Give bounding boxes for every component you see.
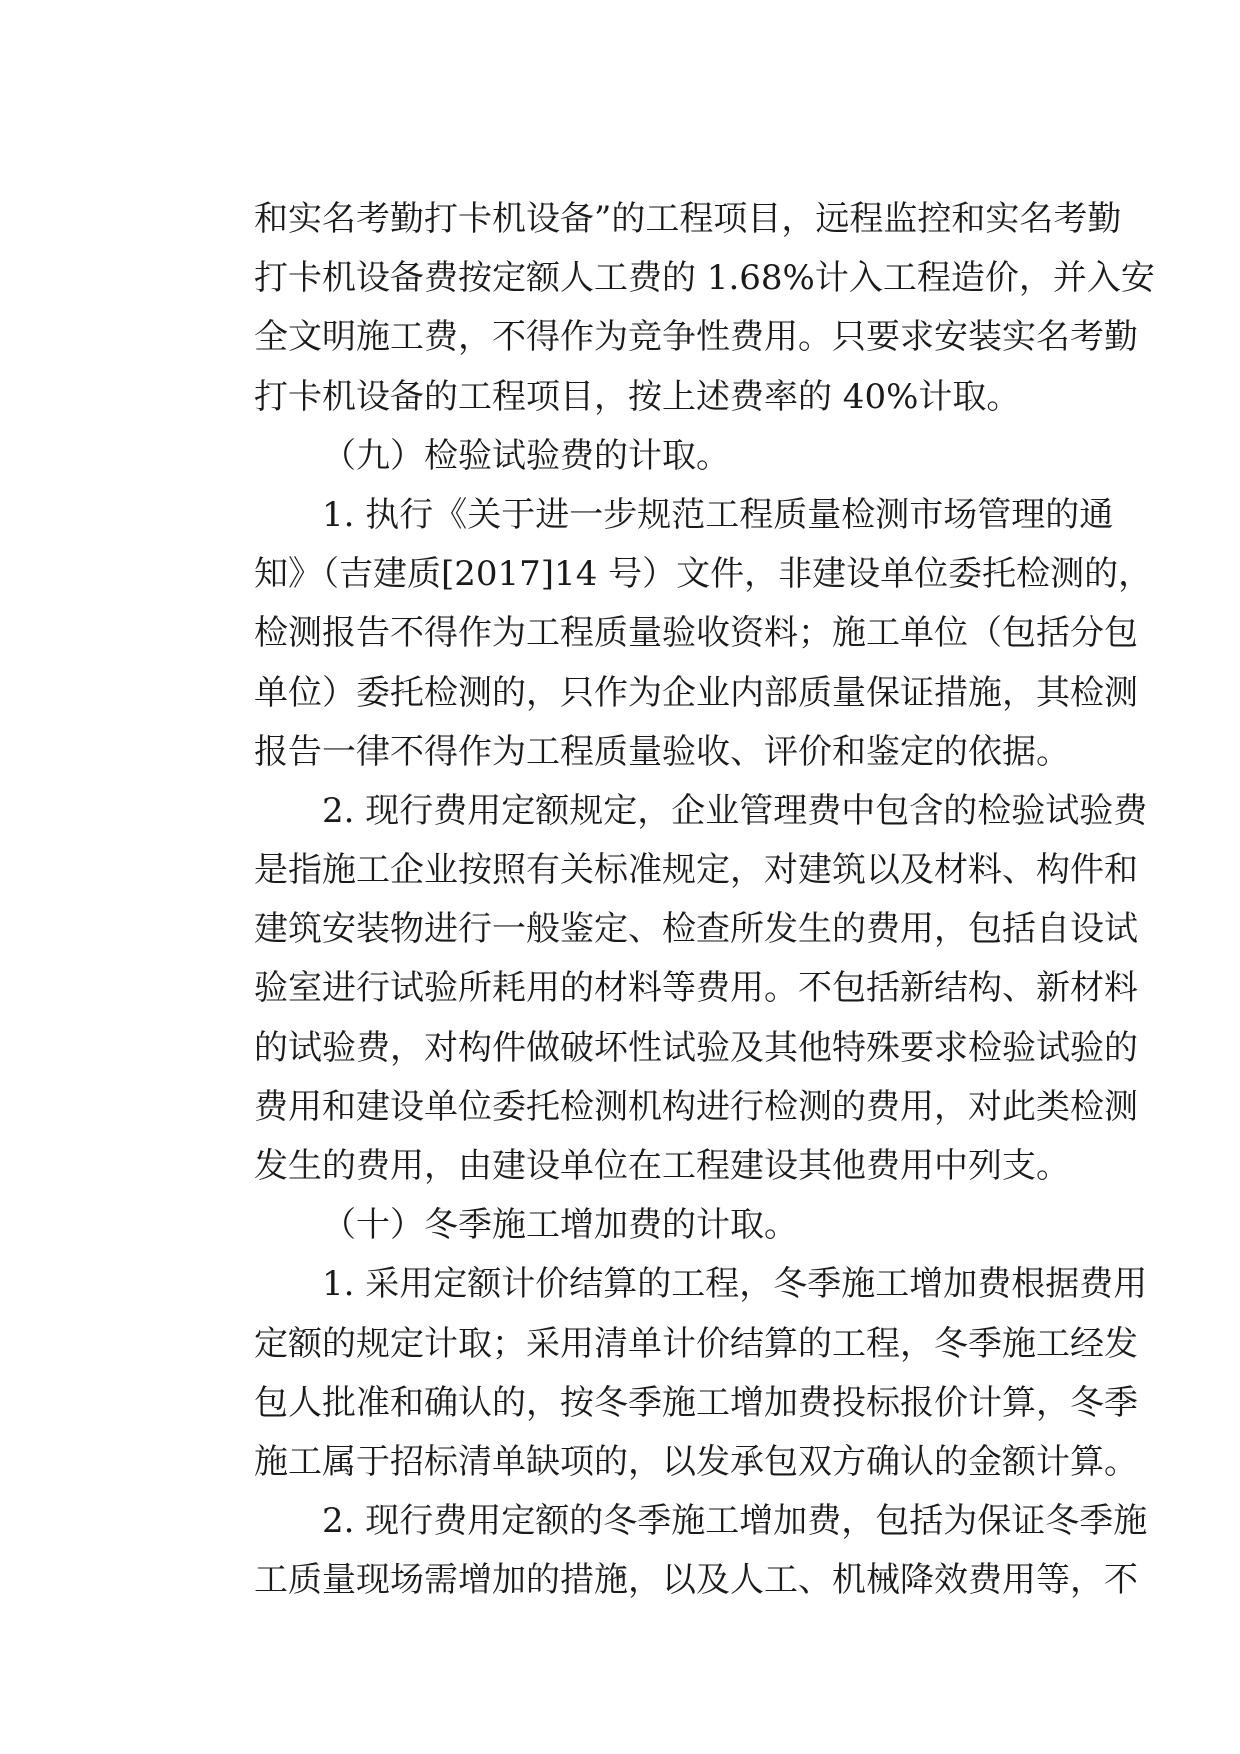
text-line: 2. 现行费用定额的冬季施工增加费，包括为保证冬季施 bbox=[254, 1492, 1066, 1551]
text-line: 验室进行试验所耗用的材料等费用。不包括新结构、新材料 bbox=[254, 959, 1066, 1018]
text-line: （九）检验试验费的计取。 bbox=[254, 427, 1066, 486]
text-line: 2. 现行费用定额规定，企业管理费中包含的检验试验费 bbox=[254, 782, 1066, 841]
text-line: 定额的规定计取；采用清单计价结算的工程，冬季施工经发 bbox=[254, 1315, 1066, 1374]
text-line: 1. 采用定额计价结算的工程，冬季施工增加费根据费用 bbox=[254, 1255, 1066, 1314]
text-line: 打卡机设备的工程项目，按上述费率的 40%计取。 bbox=[254, 368, 1066, 427]
text-line: 打卡机设备费按定额人工费的 1.68%计入工程造价，并入安 bbox=[254, 249, 1066, 308]
text-line: 知》（吉建质[2017]14 号）文件，非建设单位委托检测的， bbox=[254, 545, 1066, 604]
text-line: 包人批准和确认的，按冬季施工增加费投标报价计算，冬季 bbox=[254, 1374, 1066, 1433]
text-line: 是指施工企业按照有关标准规定，对建筑以及材料、构件和 bbox=[254, 841, 1066, 900]
text-line: 单位）委托检测的，只作为企业内部质量保证措施，其检测 bbox=[254, 664, 1066, 723]
text-line: 发生的费用，由建设单位在工程建设其他费用中列支。 bbox=[254, 1137, 1066, 1196]
text-line: 1. 执行《关于进一步规范工程质量检测市场管理的通 bbox=[254, 486, 1066, 545]
text-line: 检测报告不得作为工程质量验收资料；施工单位（包括分包 bbox=[254, 604, 1066, 663]
body-text: 和实名考勤打卡机设备”的工程项目，远程监控和实名考勤打卡机设备费按定额人工费的 … bbox=[254, 190, 1066, 1611]
text-line: 建筑安装物进行一般鉴定、检查所发生的费用，包括自设试 bbox=[254, 900, 1066, 959]
text-line: 和实名考勤打卡机设备”的工程项目，远程监控和实名考勤 bbox=[254, 190, 1066, 249]
text-line: 报告一律不得作为工程质量验收、评价和鉴定的依据。 bbox=[254, 723, 1066, 782]
page-number: 6 bbox=[0, 1563, 1240, 1582]
text-line: 费用和建设单位委托检测机构进行检测的费用，对此类检测 bbox=[254, 1078, 1066, 1137]
text-line: （十）冬季施工增加费的计取。 bbox=[254, 1196, 1066, 1255]
text-line: 的试验费，对构件做破坏性试验及其他特殊要求检验试验的 bbox=[254, 1019, 1066, 1078]
document-page: 和实名考勤打卡机设备”的工程项目，远程监控和实名考勤打卡机设备费按定额人工费的 … bbox=[0, 0, 1240, 1754]
text-line: 全文明施工费，不得作为竞争性费用。只要求安装实名考勤 bbox=[254, 308, 1066, 367]
text-line: 施工属于招标清单缺项的，以发承包双方确认的金额计算。 bbox=[254, 1433, 1066, 1492]
